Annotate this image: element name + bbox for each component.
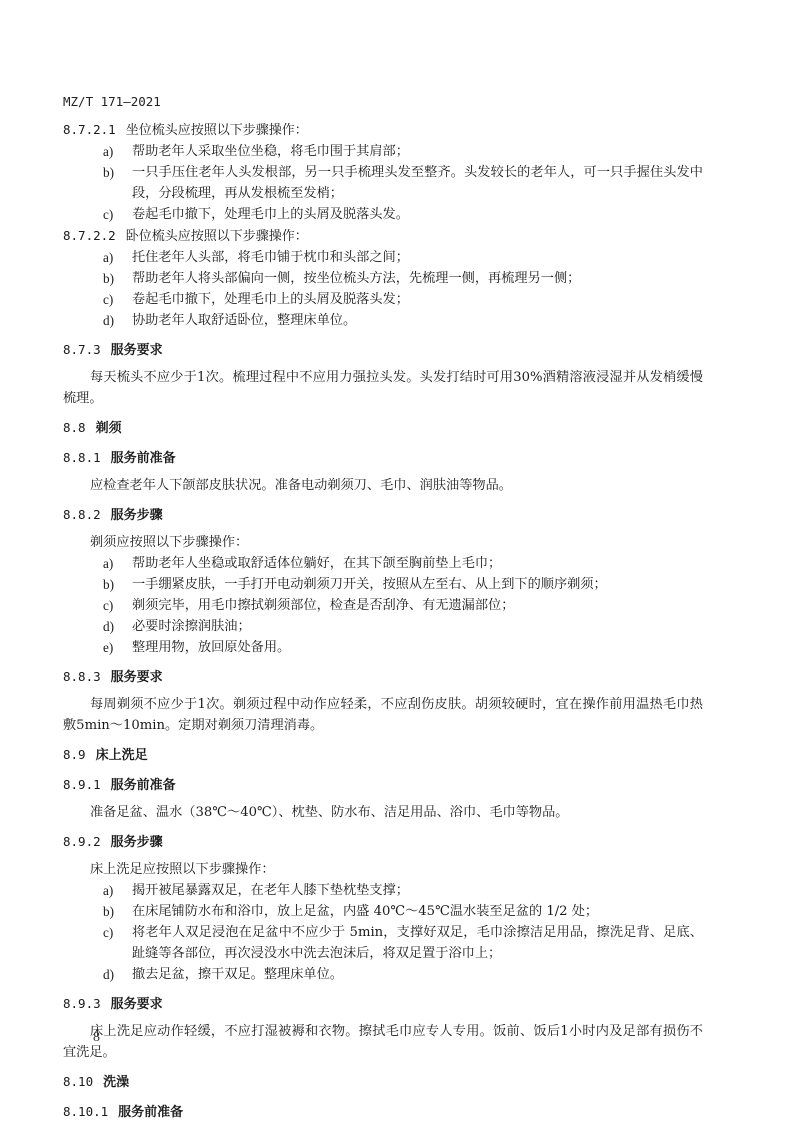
list-marker: d) <box>103 964 132 985</box>
list-marker: a) <box>103 880 132 901</box>
heading-number: 8.8.1 <box>63 450 101 465</box>
heading-8-10-1: 8.10.1服务前准备 <box>63 1101 703 1122</box>
paragraph-shaving-lead: 剃须应按照以下步骤操作： <box>63 532 703 553</box>
paragraph-combing-requirements: 每天梳头不应少于1次。梳理过程中不应用力强拉头发。头发打结时可用30%酒精溶液浸… <box>63 367 703 409</box>
list-text: 整理用物，放回原处备用。 <box>132 637 703 658</box>
heading-8-8-3: 8.8.3服务要求 <box>63 666 703 688</box>
list-text: 协助老年人取舒适卧位，整理床单位。 <box>132 310 703 331</box>
list-text: 撤去足盆，擦干双足。整理床单位。 <box>132 964 703 985</box>
paragraph-shaving-requirements: 每周剃须不应少于1次。剃须过程中动作应轻柔，不应刮伤皮肤。胡须较硬时，宜在操作前… <box>63 694 703 736</box>
heading-8-9-1: 8.9.1服务前准备 <box>63 774 703 796</box>
list-text: 帮助老年人采取坐位坐稳，将毛巾围于其肩部； <box>132 141 703 162</box>
steps-list-seated-combing: a)帮助老年人采取坐位坐稳，将毛巾围于其肩部； b)一只手压住老年人头发根部，另… <box>63 141 703 225</box>
heading-number: 8.7.3 <box>63 342 101 357</box>
list-text: 帮助老年人坐稳或取舒适体位躺好，在其下颌至胸前垫上毛巾； <box>132 553 703 574</box>
list-item: c)卷起毛巾撤下，处理毛巾上的头屑及脱落头发； <box>63 289 703 310</box>
list-item: d)必要时涂擦润肤油； <box>63 616 703 637</box>
list-item: e)整理用物，放回原处备用。 <box>63 637 703 658</box>
list-marker: b) <box>103 268 132 289</box>
heading-title: 剃须 <box>96 421 122 436</box>
list-marker: b) <box>103 901 132 922</box>
list-item: d)协助老年人取舒适卧位，整理床单位。 <box>63 310 703 331</box>
clause-title: 卧位梳头应按照以下步骤操作： <box>126 229 308 244</box>
heading-number: 8.9.1 <box>63 777 101 792</box>
list-text: 必要时涂擦润肤油； <box>132 616 703 637</box>
heading-title: 服务步骤 <box>111 835 163 850</box>
list-item: a)帮助老年人坐稳或取舒适体位躺好，在其下颌至胸前垫上毛巾； <box>63 553 703 574</box>
list-marker: d) <box>103 310 132 331</box>
list-marker: d) <box>103 616 132 637</box>
document-code-header: MZ/T 171—2021 <box>63 94 161 109</box>
list-item: b)一只手压住老年人头发根部，另一只手梳理头发至整齐。头发较长的老年人，可一只手… <box>63 162 703 204</box>
list-marker: b) <box>103 162 132 204</box>
list-text: 将老年人双足浸泡在足盆中不应少于 5min，支撑好双足，毛巾涂擦洁足用品，擦洗足… <box>132 922 703 964</box>
list-marker: c) <box>103 922 132 964</box>
steps-list-lying-combing: a)托住老年人头部，将毛巾铺于枕巾和头部之间； b)帮助老年人将头部偏向一侧，按… <box>63 247 703 331</box>
heading-number: 8.10 <box>63 1074 93 1089</box>
list-marker: c) <box>103 289 132 310</box>
document-body: 8.7.2.1坐位梳头应按照以下步骤操作： a)帮助老年人采取坐位坐稳，将毛巾围… <box>63 119 703 1122</box>
list-text: 卷起毛巾撤下，处理毛巾上的头屑及脱落头发。 <box>132 204 703 225</box>
heading-number: 8.8 <box>63 420 86 435</box>
heading-number: 8.10.1 <box>63 1104 108 1119</box>
steps-list-shaving: a)帮助老年人坐稳或取舒适体位躺好，在其下颌至胸前垫上毛巾； b)一手绷紧皮肤，… <box>63 553 703 658</box>
list-item: b)帮助老年人将头部偏向一侧，按坐位梳头方法，先梳理一侧，再梳理另一侧； <box>63 268 703 289</box>
list-text: 揭开被尾暴露双足，在老年人膝下垫枕垫支撑； <box>132 880 703 901</box>
list-text: 在床尾铺防水布和浴巾，放上足盆，内盛 40℃～45℃温水装至足盆的 1/2 处； <box>132 901 703 922</box>
list-text: 帮助老年人将头部偏向一侧，按坐位梳头方法，先梳理一侧，再梳理另一侧； <box>132 268 703 289</box>
heading-title: 服务前准备 <box>111 451 176 466</box>
heading-title: 服务要求 <box>111 343 163 358</box>
list-item: c)剃须完毕，用毛巾擦拭剃须部位，检查是否刮净、有无遗漏部位； <box>63 595 703 616</box>
clause-title: 坐位梳头应按照以下步骤操作： <box>126 123 308 138</box>
list-item: a)托住老年人头部，将毛巾铺于枕巾和头部之间； <box>63 247 703 268</box>
heading-8-8: 8.8剃须 <box>63 417 703 439</box>
heading-8-7-3: 8.7.3服务要求 <box>63 339 703 361</box>
heading-title: 床上洗足 <box>96 748 148 763</box>
heading-title: 服务要求 <box>111 997 163 1012</box>
paragraph-footwash-preparation: 准备足盆、温水（38℃～40℃）、枕垫、防水布、洁足用品、浴巾、毛巾等物品。 <box>63 802 703 823</box>
heading-number: 8.8.2 <box>63 507 101 522</box>
clause-8-7-2-1: 8.7.2.1坐位梳头应按照以下步骤操作： <box>63 119 703 141</box>
list-item: a)帮助老年人采取坐位坐稳，将毛巾围于其肩部； <box>63 141 703 162</box>
list-item: a)揭开被尾暴露双足，在老年人膝下垫枕垫支撑； <box>63 880 703 901</box>
heading-8-10: 8.10洗澡 <box>63 1071 703 1093</box>
list-marker: a) <box>103 553 132 574</box>
heading-8-8-2: 8.8.2服务步骤 <box>63 504 703 526</box>
heading-number: 8.8.3 <box>63 669 101 684</box>
heading-number: 8.9 <box>63 747 86 762</box>
list-marker: a) <box>103 247 132 268</box>
list-marker: e) <box>103 637 132 658</box>
heading-title: 服务步骤 <box>111 508 163 523</box>
list-text: 卷起毛巾撤下，处理毛巾上的头屑及脱落头发； <box>132 289 703 310</box>
clause-number: 8.7.2.1 <box>63 122 116 137</box>
heading-title: 服务前准备 <box>111 778 176 793</box>
list-text: 一手绷紧皮肤，一手打开电动剃须刀开关，按照从左至右、从上到下的顺序剃须； <box>132 574 703 595</box>
list-marker: c) <box>103 595 132 616</box>
document-page: MZ/T 171—2021 8.7.2.1坐位梳头应按照以下步骤操作： a)帮助… <box>0 0 794 1122</box>
paragraph-shaving-preparation: 应检查老年人下颌部皮肤状况。准备电动剃须刀、毛巾、润肤油等物品。 <box>63 475 703 496</box>
steps-list-footwash: a)揭开被尾暴露双足，在老年人膝下垫枕垫支撑； b)在床尾铺防水布和浴巾，放上足… <box>63 880 703 985</box>
list-item: c)卷起毛巾撤下，处理毛巾上的头屑及脱落头发。 <box>63 204 703 225</box>
list-text: 一只手压住老年人头发根部，另一只手梳理头发至整齐。头发较长的老年人，可一只手握住… <box>132 162 703 204</box>
list-item: b)一手绷紧皮肤，一手打开电动剃须刀开关，按照从左至右、从上到下的顺序剃须； <box>63 574 703 595</box>
list-item: c)将老年人双足浸泡在足盆中不应少于 5min，支撑好双足，毛巾涂擦洁足用品，擦… <box>63 922 703 964</box>
heading-number: 8.9.2 <box>63 834 101 849</box>
heading-8-9-3: 8.9.3服务要求 <box>63 993 703 1015</box>
page-number: 8 <box>93 1030 100 1046</box>
list-marker: b) <box>103 574 132 595</box>
heading-8-9: 8.9床上洗足 <box>63 744 703 766</box>
list-item: d)撤去足盆，擦干双足。整理床单位。 <box>63 964 703 985</box>
clause-number: 8.7.2.2 <box>63 228 116 243</box>
heading-8-9-2: 8.9.2服务步骤 <box>63 831 703 853</box>
paragraph-footwash-lead: 床上洗足应按照以下步骤操作： <box>63 859 703 880</box>
heading-8-8-1: 8.8.1服务前准备 <box>63 447 703 469</box>
list-item: b)在床尾铺防水布和浴巾，放上足盆，内盛 40℃～45℃温水装至足盆的 1/2 … <box>63 901 703 922</box>
list-marker: a) <box>103 141 132 162</box>
list-text: 托住老年人头部，将毛巾铺于枕巾和头部之间； <box>132 247 703 268</box>
heading-title: 服务前准备 <box>118 1105 183 1120</box>
clause-8-7-2-2: 8.7.2.2卧位梳头应按照以下步骤操作： <box>63 225 703 247</box>
list-marker: c) <box>103 204 132 225</box>
heading-title: 服务要求 <box>111 670 163 685</box>
heading-number: 8.9.3 <box>63 996 101 1011</box>
paragraph-footwash-requirements: 床上洗足应动作轻缓，不应打湿被褥和衣物。擦拭毛巾应专人专用。饭前、饭后1小时内及… <box>63 1021 703 1063</box>
list-text: 剃须完毕，用毛巾擦拭剃须部位，检查是否刮净、有无遗漏部位； <box>132 595 703 616</box>
heading-title: 洗澡 <box>103 1075 129 1090</box>
